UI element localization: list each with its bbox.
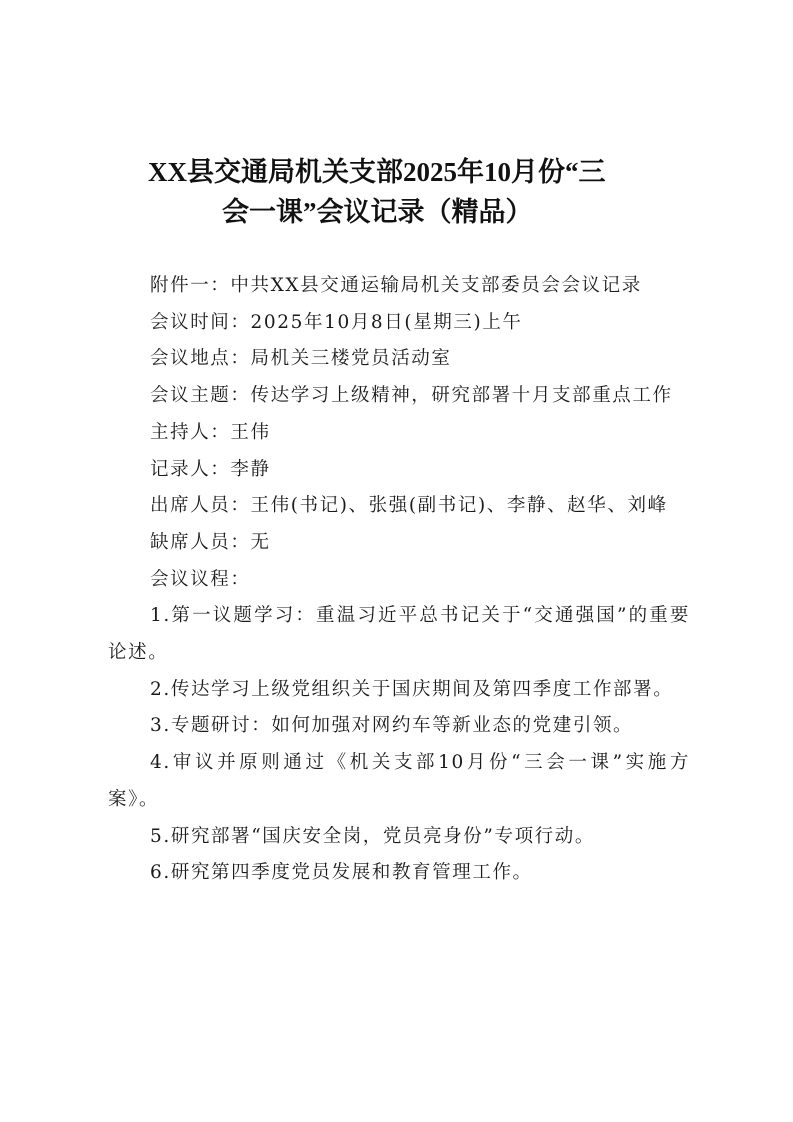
document-page: XX县交通局机关支部2025年10月份“三 会一课”会议记录（精品） 附件一：中… bbox=[0, 0, 793, 1122]
meeting-topic: 会议主题：传达学习上级精神，研究部署十月支部重点工作 bbox=[108, 378, 690, 415]
attachment-heading: 附件一：中共XX县交通运输局机关支部委员会会议记录 bbox=[108, 268, 690, 305]
attendees: 出席人员：王伟(书记)、张强(副书记)、李静、赵华、刘峰 bbox=[108, 488, 690, 525]
agenda-item-4: 4.审议并原则通过《机关支部10月份“三会一课”实施方案》。 bbox=[108, 745, 690, 818]
meeting-host: 主持人：王伟 bbox=[108, 415, 690, 452]
title-line-1: XX县交通局机关支部2025年10月份“三 bbox=[148, 152, 693, 192]
document-title: XX县交通局机关支部2025年10月份“三 会一课”会议记录（精品） bbox=[148, 152, 693, 232]
agenda-item-5: 5.研究部署“国庆安全岗，党员亮身份”专项行动。 bbox=[108, 819, 690, 856]
agenda-item-3: 3.专题研讨：如何加强对网约车等新业态的党建引领。 bbox=[108, 708, 690, 745]
meeting-time: 会议时间：2025年10月8日(星期三)上午 bbox=[108, 305, 690, 342]
title-line-2: 会一课”会议记录（精品） bbox=[148, 192, 693, 232]
agenda-heading: 会议议程： bbox=[108, 562, 690, 599]
agenda-item-6: 6.研究第四季度党员发展和教育管理工作。 bbox=[108, 855, 690, 892]
absentees: 缺席人员：无 bbox=[108, 525, 690, 562]
agenda-item-2: 2.传达学习上级党组织关于国庆期间及第四季度工作部署。 bbox=[108, 672, 690, 709]
document-body: 附件一：中共XX县交通运输局机关支部委员会会议记录 会议时间：2025年10月8… bbox=[108, 268, 690, 892]
meeting-location: 会议地点：局机关三楼党员活动室 bbox=[108, 341, 690, 378]
meeting-recorder: 记录人：李静 bbox=[108, 452, 690, 489]
agenda-item-1: 1.第一议题学习：重温习近平总书记关于“交通强国”的重要论述。 bbox=[108, 598, 690, 671]
